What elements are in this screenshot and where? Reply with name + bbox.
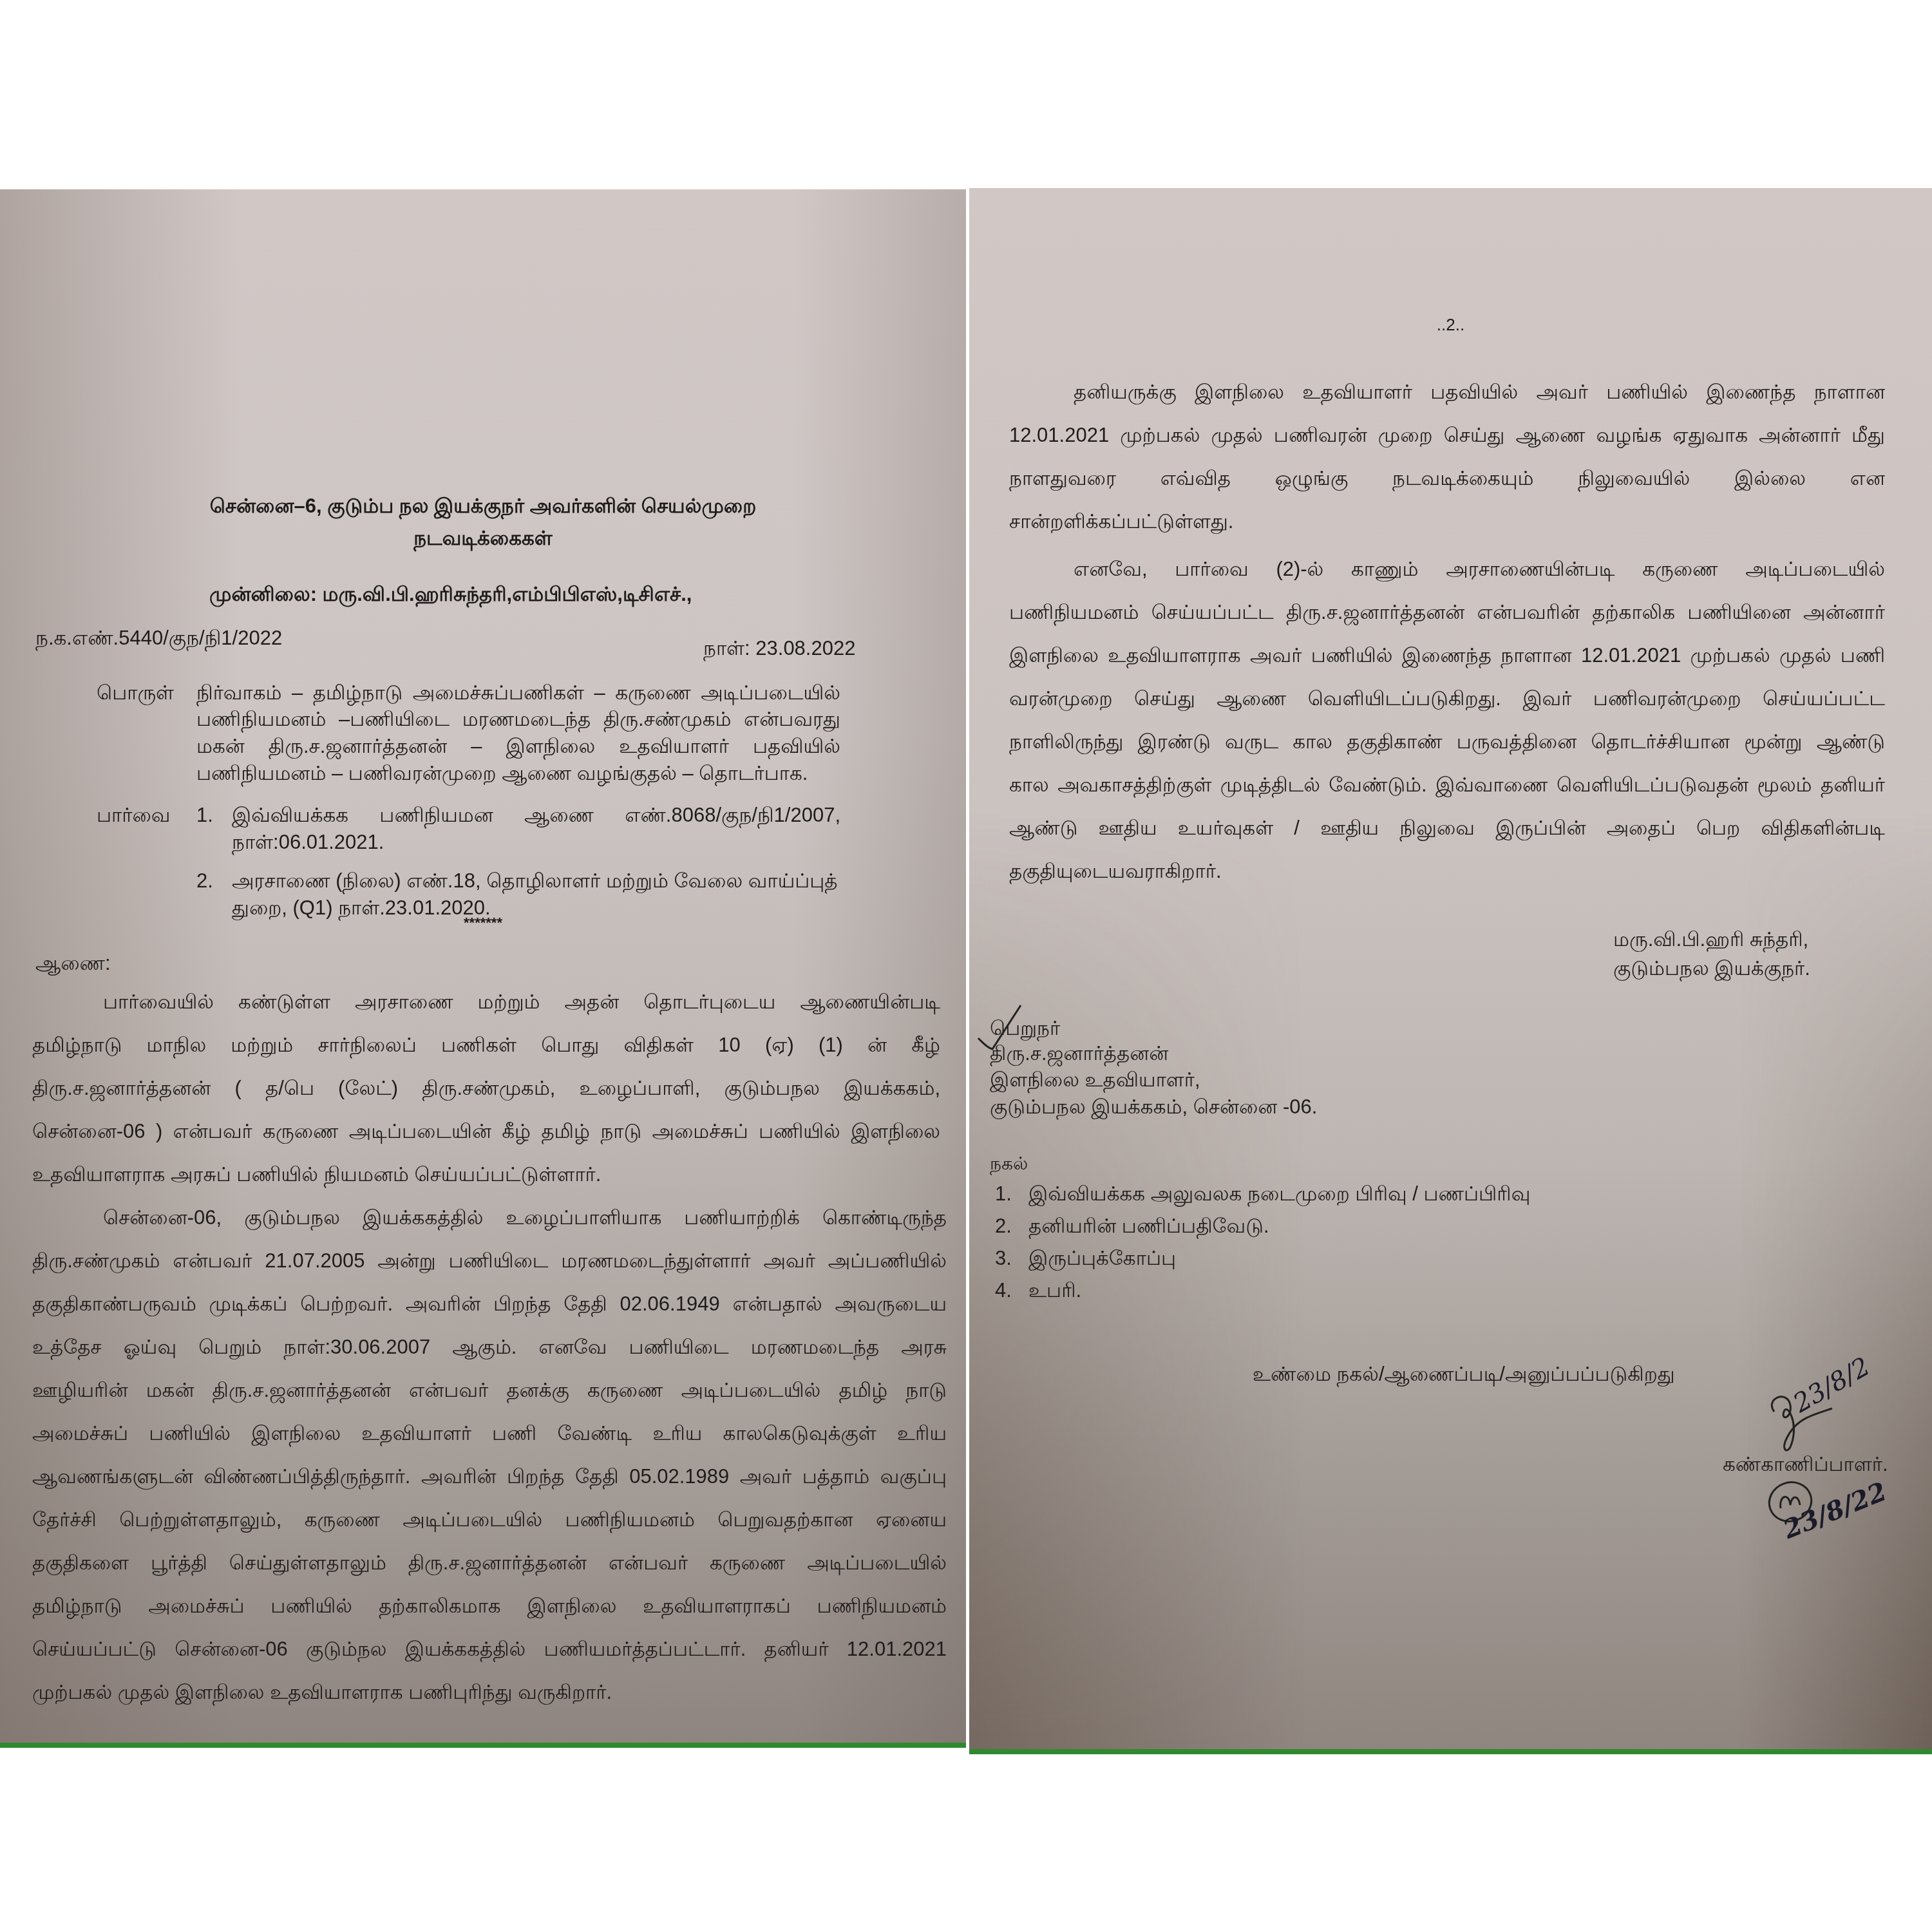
- separator-stars: *******: [419, 915, 547, 931]
- reference-label: பார்வை: [97, 804, 170, 826]
- copy-label: நகல்: [990, 1154, 1028, 1174]
- paragraph-line: சென்னை-06, குடும்பநல இயக்ககத்தில் உழைப்ப…: [103, 1207, 947, 1229]
- presence-line: முன்னிலை: மரு.வி.பி.ஹரிசுந்தரி,எம்பிபிஎஸ…: [209, 583, 692, 605]
- copy-item-number: 1.: [995, 1183, 1012, 1205]
- recipient-designation: இளநிலை உதவியாளர்,: [990, 1069, 1200, 1091]
- paragraph-line: இளநிலை உதவியாளராக அவர் பணியில் இணைந்த நா…: [1009, 645, 1885, 667]
- copy-item-text: உபரி.: [1028, 1280, 1081, 1302]
- subject-label: பொருள்: [97, 682, 174, 704]
- copy-item-text: இவ்வியக்கக அலுவலக நடைமுறை பிரிவு / பணப்ப…: [1028, 1183, 1530, 1205]
- copy-item-number: 4.: [995, 1280, 1012, 1302]
- copy-item-number: 2.: [995, 1215, 1012, 1237]
- office-title-line2: நடவடிக்கைகள்: [0, 527, 966, 549]
- paragraph-line: தமிழ்நாடு மாநில மற்றும் சார்நிலைப் பணிகள…: [32, 1034, 940, 1056]
- paragraph-line: ஆவணங்களுடன் விண்ணப்பித்திருந்தார். அவரின…: [32, 1466, 947, 1488]
- paragraph-line: கால அவகாசத்திற்குள் முடித்திடல் வேண்டும்…: [1009, 774, 1885, 796]
- reference-2-line1: அரசாணை (நிலை) எண்.18, தொழிலாளர் மற்றும் …: [232, 870, 838, 892]
- document-page-2: ..2.. தனியருக்கு இளநிலை உதவியாளர் பதவியி…: [969, 188, 1932, 1754]
- document-page-1: சென்னை–6, குடும்ப நல இயக்குநர் அவர்களின்…: [0, 189, 966, 1748]
- paragraph-line: தனியருக்கு இளநிலை உதவியாளர் பதவியில் அவர…: [1074, 381, 1885, 403]
- copy-item-text: தனியரின் பணிப்பதிவேடு.: [1028, 1215, 1269, 1237]
- true-copy-note: உண்மை நகல்/ஆணைப்படி/அனுப்பப்படுகிறது: [1253, 1363, 1675, 1385]
- subject-line: நிர்வாகம் – தமிழ்நாடு அமைச்சுப்பணிகள் – …: [196, 682, 840, 704]
- subject-line: பணிநியமனம் – பணிவரன்முறை ஆணை வழங்குதல் –…: [196, 762, 808, 784]
- reference-1-number: 1.: [196, 804, 213, 826]
- signatory-title: குடும்பநல இயக்குநர்.: [1613, 958, 1810, 980]
- order-label: ஆணை:: [35, 952, 111, 974]
- paragraph-line: தேர்ச்சி பெற்றுள்ளதாலும், கருணை அடிப்படை…: [32, 1509, 947, 1531]
- subject-line: மகன் திரு.ச.ஜனார்த்தனன் – இளநிலை உதவியாள…: [196, 735, 840, 757]
- paragraph-line: ஊழியரின் மகன் திரு.ச.ஜனார்த்தனன் என்பவர்…: [32, 1379, 947, 1401]
- recipient-name: திரு.ச.ஜனார்த்தனன்: [990, 1043, 1168, 1065]
- paragraph-line: ஆண்டு ஊதிய உயர்வுகள் / ஊதிய நிலுவை இருப்…: [1009, 817, 1885, 839]
- signatory-name: மரு.வி.பி.ஹரி சுந்தரி,: [1613, 929, 1808, 951]
- paragraph-line: அமைச்சுப் பணியில் இளநிலை உதவியாளர் பணி வ…: [32, 1423, 947, 1444]
- office-title-line1: சென்னை–6, குடும்ப நல இயக்குநர் அவர்களின்…: [0, 495, 966, 517]
- paragraph-line: திரு.சண்முகம் என்பவர் 21.07.2005 அன்று ப…: [32, 1250, 947, 1272]
- paragraph-line: சான்றளிக்கப்பட்டுள்ளது.: [1009, 511, 1233, 533]
- reference-number: ந.க.எண்.5440/குந/நி1/2022: [35, 627, 282, 649]
- paragraph-line: நாளிலிருந்து இரண்டு வருட கால தகுதிகாண் ப…: [1009, 731, 1885, 753]
- copy-item-text: இருப்புக்கோப்பு: [1028, 1247, 1176, 1269]
- paragraph-line: நாளதுவரை எவ்வித ஒழுங்கு நடவடிக்கையும் நி…: [1009, 468, 1885, 489]
- paragraph-line: உதவியாளராக அரசுப் பணியில் நியமனம் செய்யப…: [32, 1164, 601, 1186]
- copy-item-number: 3.: [995, 1247, 1012, 1269]
- paragraph-line: உத்தேச ஓய்வு பெறும் நாள்:30.06.2007 ஆகும…: [32, 1336, 947, 1358]
- paragraph-line: பணிநியமனம் செய்யப்பட்ட திரு.ச.ஜனார்த்தனன…: [1009, 601, 1885, 623]
- page-number: ..2..: [969, 316, 1932, 334]
- paragraph-line: திரு.ச.ஜனார்த்தனன் ( த/பெ (லேட்) திரு.சண…: [32, 1077, 940, 1099]
- paragraph-line: செய்யப்பட்டு சென்னை-06 குடும்நல இயக்ககத்…: [32, 1638, 947, 1660]
- paragraph-line: தகுதியுடையவராகிறார்.: [1009, 860, 1222, 882]
- paragraph-line: முற்பகல் முதல் இளநிலை உதவியாளராக பணிபுரி…: [32, 1681, 612, 1703]
- reference-1-line1: இவ்வியக்கக பணிநியமன ஆணை எண்.8068/குந/நி1…: [232, 804, 840, 826]
- paragraph-line: பார்வையில் கண்டுள்ள அரசாணை மற்றும் அதன் …: [103, 991, 940, 1013]
- reference-2-number: 2.: [196, 870, 213, 892]
- reference-1-line2: நாள்:06.01.2021.: [232, 831, 384, 853]
- paragraph-line: சென்னை-06 ) என்பவர் கருணை அடிப்படையின் க…: [32, 1121, 940, 1142]
- paragraph-line: வரன்முறை செய்து ஆணை வெளியிடப்படுகிறது. இ…: [1009, 688, 1885, 710]
- supervisor-title: கண்காணிப்பாளர்.: [1723, 1454, 1888, 1475]
- recipient-office: குடும்பநல இயக்ககம், சென்னை -06.: [990, 1096, 1317, 1118]
- paragraph-line: தமிழ்நாடு அமைச்சுப் பணியில் தற்காலிகமாக …: [32, 1595, 947, 1617]
- order-date: நாள்: 23.08.2022: [703, 638, 855, 659]
- subject-line: பணிநியமனம் –பணியிடை மரணமடைந்த திரு.சண்மு…: [196, 708, 840, 730]
- paragraph-line: தகுதிகாண்பருவம் முடிக்கப் பெற்றவர். அவரி…: [32, 1293, 947, 1315]
- paragraph-line: தகுதிகளை பூர்த்தி செய்துள்ளதாலும் திரு.ச…: [32, 1552, 947, 1574]
- paragraph-line: எனவே, பார்வை (2)-ல் காணும் அரசாணையின்படி…: [1074, 558, 1885, 580]
- paragraph-line: 12.01.2021 முற்பகல் முதல் பணிவரன் முறை ச…: [1009, 424, 1885, 446]
